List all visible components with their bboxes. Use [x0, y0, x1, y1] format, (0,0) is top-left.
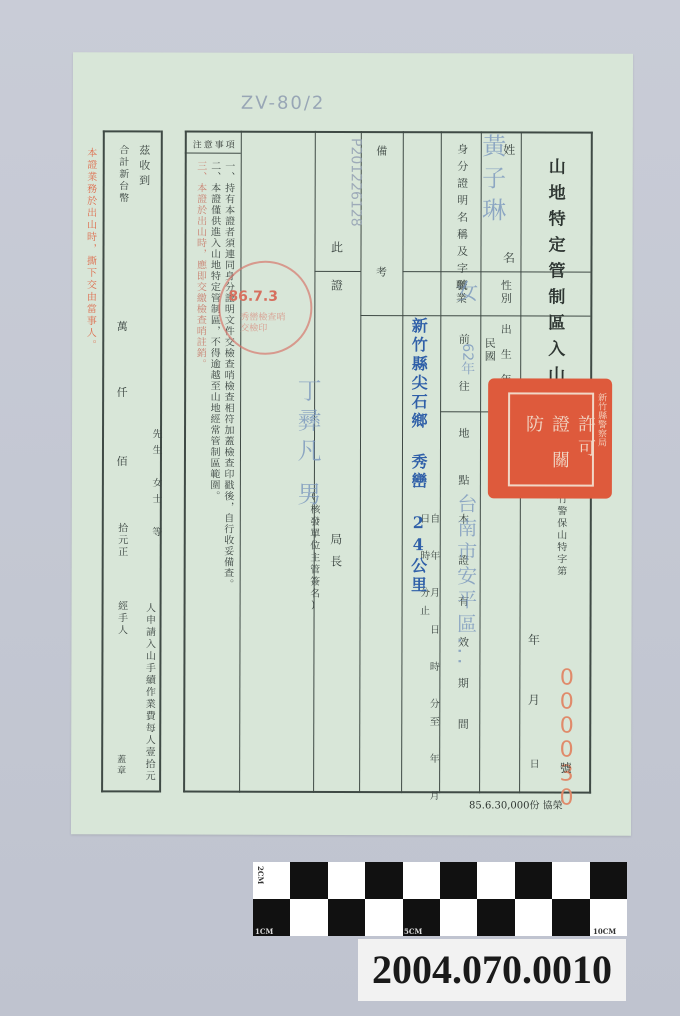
receipt-seal: 蓋章 — [115, 754, 124, 776]
receipt-honorifics: 先生 女士 等 — [134, 428, 160, 542]
receipt-unit-shi: 拾元正 — [116, 522, 126, 558]
notice-item-1: 一、持有本證者須連同身分證明文件交檢查哨檢查相符加蓋檢查印戳後，自行收妥備查。 — [222, 161, 233, 631]
ruler-label-5cm: 5CM — [404, 927, 422, 936]
ruler-label-1cm: 1CM — [255, 927, 273, 936]
receipt-unit-qian: 仟 — [116, 386, 127, 399]
table-left-border — [183, 131, 187, 793]
handwritten-birth: 62年 — [457, 343, 477, 375]
ruler-label-2cm: 2CM — [256, 866, 265, 884]
notice-item-2: 二、本證僅供進入山地特定管制區，不得逾越至山地經常管制區範圍。 — [208, 161, 219, 502]
receipt-fee-note: 人申請入山手續作業費每人壹拾元 — [143, 602, 153, 782]
handwritten-address: 台南市安平區... — [451, 493, 480, 668]
destination-stamp: 新竹縣尖石鄉 秀巒 24公里 — [410, 317, 427, 595]
serial-suffix: 號 — [559, 762, 571, 776]
date-day-label: 日 — [527, 758, 537, 770]
print-info: 85.6.30,000份 協榮 — [469, 796, 563, 811]
receipt-line-1: 茲收到 — [139, 144, 150, 189]
notice-heading: 注意事項 — [193, 138, 237, 151]
official-seal-inner: 許可證 關防 — [508, 392, 594, 486]
handwritten-reference: ZV-80/2 — [241, 93, 326, 114]
issuer-title: 局長 — [330, 533, 342, 577]
receipt-unit-bai: 佰 — [116, 455, 127, 468]
given-name-label: 名 — [502, 251, 514, 265]
notice-item-3: 三、本證於出山時，應即交繳檢查哨註銷。 — [194, 161, 205, 370]
serial-number: 000030 — [555, 666, 577, 810]
sex-label: 性別 — [500, 279, 511, 305]
form-number-prefix: 竹警保山特字第 — [555, 494, 565, 578]
official-seal: 許可證 關防 新竹縣警察局 — [488, 378, 612, 498]
accession-number: 2004.070.0010 — [358, 939, 626, 1001]
remarks-label: 備考 — [375, 145, 387, 387]
birth-era-label: 民國 — [484, 337, 495, 363]
handwritten-sex: 女 — [456, 275, 478, 306]
scale-ruler: 1CM 5CM 10CM 2CM — [253, 862, 627, 936]
ruler-label-10cm: 10CM — [593, 927, 616, 936]
handwritten-id-number: P201226128 — [348, 138, 364, 227]
date-month-label: 月 — [527, 693, 539, 707]
receipt-line-2: 合計新台幣 — [117, 144, 127, 204]
handwritten-remarks: 丁彞凡 男 — [290, 378, 325, 512]
handwritten-name: 黃子琳 — [475, 133, 510, 229]
issuer-label: 此證 — [330, 241, 342, 317]
tear-note: 本證業務於出山時，撕下交由當事人。 — [84, 147, 95, 351]
table-top-border — [185, 131, 593, 134]
inspection-stamp: 86.7.3 秀巒檢查哨 交檢印 — [218, 261, 312, 355]
date-year-label: 年 — [527, 633, 539, 647]
receipt-unit-wan: 萬 — [116, 320, 127, 333]
official-seal-text: 許可證 關防 — [520, 414, 598, 484]
inspection-stamp-date: 86.7.3 — [228, 289, 278, 305]
permit-document: ZV-80/2 山地特定管制區入山許可證 竹警保山特字第 年 月 日 00003… — [71, 52, 633, 835]
receipt-left-border — [101, 130, 105, 792]
id-label: 身分證明名稱及字號 — [456, 143, 467, 296]
official-seal-side: 新竹縣警察局 — [595, 393, 608, 447]
table-bottom-border — [183, 791, 591, 794]
receipt-handler: 經手人 — [115, 600, 125, 636]
inspection-stamp-text: 秀巒檢查哨 交檢印 — [240, 313, 296, 335]
